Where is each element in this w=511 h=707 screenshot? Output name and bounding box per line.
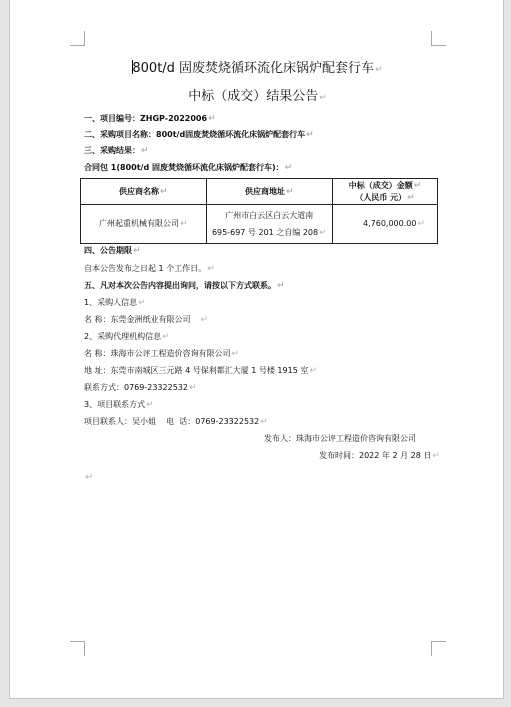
paragraph-mark-icon: ↵ <box>85 472 93 483</box>
crop-mark-bottom-left <box>70 641 85 656</box>
publish-date[interactable]: 发布时间：2022 年 2 月 28 日↵ <box>319 450 440 461</box>
paragraph-mark-icon: ↵ <box>146 400 154 410</box>
notice-period-body[interactable]: 自本公告发布之日起 1 个工作日。↵ <box>84 263 215 274</box>
header-supplier-name[interactable]: 供应商名称↵ <box>81 179 207 205</box>
section-contact[interactable]: 五、凡对本次公告内容提出询问，请按以下方式联系。↵ <box>84 280 285 291</box>
table-row: 广州起重机械有限公司↵ 广州市白云区白云大道南695-697 号 201 之自编… <box>81 205 438 244</box>
paragraph-mark-icon: ↵ <box>432 451 440 461</box>
section-project-number[interactable]: 一、项目编号：ZHGP-2022006↵ <box>84 113 216 124</box>
publisher[interactable]: 发布人：珠海市公评工程造价咨询有限公司 <box>264 433 416 444</box>
cell-amount[interactable]: 4,760,000.00↵ <box>333 205 438 244</box>
paragraph-mark-icon: ↵ <box>285 163 293 173</box>
contact-agency-name[interactable]: 名 称：珠海市公评工程造价咨询有限公司↵ <box>84 348 239 359</box>
document-page: 800t/d 固废焚烧循环流化床锅炉配套行车↵ 中标（成交）结果公告↵ 一、项目… <box>9 0 504 699</box>
paragraph-mark-icon: ↵ <box>201 315 209 325</box>
paragraph-mark-icon: ↵ <box>141 146 149 156</box>
paragraph-mark-icon: ↵ <box>232 349 240 359</box>
section-result[interactable]: 三、采购结果：↵ <box>84 145 149 156</box>
contact-project-title[interactable]: 3、项目联系方式↵ <box>84 399 154 410</box>
cell-supplier-name[interactable]: 广州起重机械有限公司↵ <box>81 205 207 244</box>
table-header-row: 供应商名称↵ 供应商地址↵ 中标（成交）金额↵（人民币 元）↵ <box>81 179 438 205</box>
header-amount[interactable]: 中标（成交）金额↵（人民币 元）↵ <box>333 179 438 205</box>
paragraph-mark-icon: ↵ <box>319 93 327 103</box>
crop-mark-top-right <box>431 31 446 46</box>
paragraph-mark-icon: ↵ <box>162 332 170 342</box>
paragraph-mark-icon: ↵ <box>309 366 317 376</box>
header-supplier-address[interactable]: 供应商地址↵ <box>206 179 333 205</box>
paragraph-mark-icon: ↵ <box>207 264 215 274</box>
paragraph-mark-icon: ↵ <box>189 383 197 393</box>
contact-agency-address[interactable]: 地 址：东莞市南城区三元路 4 号保利都汇大厦 1 号楼 1915 室↵ <box>84 365 317 376</box>
paragraph-mark-icon: ↵ <box>375 65 383 75</box>
document-subtitle[interactable]: 中标（成交）结果公告↵ <box>10 85 505 104</box>
contact-purchaser-name[interactable]: 名 称：东莞金洲纸业有限公司↵ <box>84 314 208 325</box>
empty-paragraph[interactable]: ↵ <box>84 472 93 483</box>
contract-package-label[interactable]: 合同包 1(800t/d 固废焚烧循环流化床锅炉配套行车)：↵ <box>84 162 292 173</box>
paragraph-mark-icon: ↵ <box>277 281 285 291</box>
paragraph-mark-icon: ↵ <box>133 246 141 256</box>
contact-project-person[interactable]: 项目联系人：吴小姐 电 话：0769-23322532↵ <box>84 416 268 427</box>
crop-mark-bottom-right <box>431 641 446 656</box>
paragraph-mark-icon: ↵ <box>306 130 314 140</box>
result-table: 供应商名称↵ 供应商地址↵ 中标（成交）金额↵（人民币 元）↵ 广州起重机械有限… <box>80 178 438 244</box>
paragraph-mark-icon: ↵ <box>260 417 268 427</box>
contact-purchaser-title[interactable]: 1、采购人信息↵ <box>84 297 146 308</box>
cell-supplier-address[interactable]: 广州市白云区白云大道南695-697 号 201 之自编 208↵ <box>206 205 333 244</box>
paragraph-mark-icon: ↵ <box>208 114 216 124</box>
paragraph-mark-icon: ↵ <box>138 298 146 308</box>
contact-agency-phone[interactable]: 联系方式：0769-23322532↵ <box>84 382 197 393</box>
document-title[interactable]: 800t/d 固废焚烧循环流化床锅炉配套行车↵ <box>10 57 505 76</box>
crop-mark-top-left <box>70 31 85 46</box>
contact-agency-title[interactable]: 2、采购代理机构信息↵ <box>84 331 170 342</box>
section-project-name[interactable]: 二、采购项目名称：800t/d固废焚烧循环流化床锅炉配套行车↵ <box>84 129 314 140</box>
section-notice-period[interactable]: 四、公告期限↵ <box>84 245 141 256</box>
